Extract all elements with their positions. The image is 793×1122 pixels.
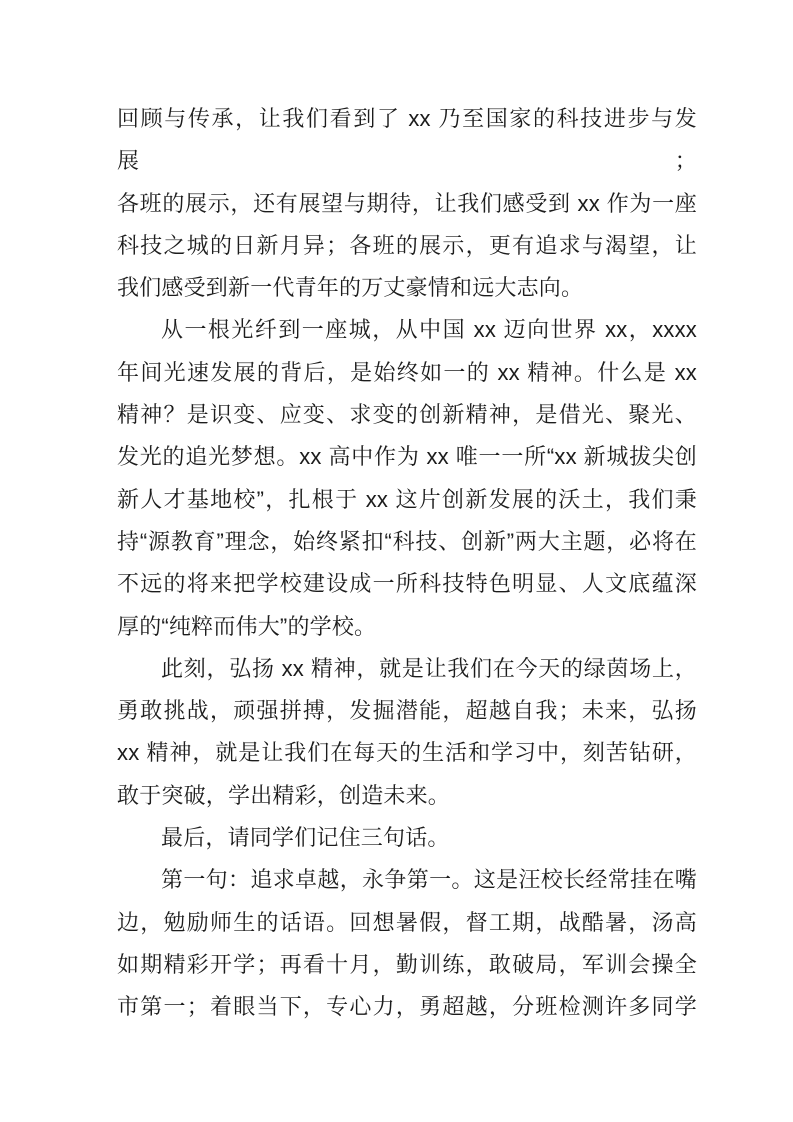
- text-line: 回顾与传承，让我们看到了 xx 乃至国家的科技进步与发展；: [117, 98, 697, 183]
- text-line: 科技之城的日新月异；各班的展示，更有追求与渴望，让: [117, 225, 697, 267]
- text-line: 如期精彩开学；再看十月，勤训练，敢破局，军训会操全: [117, 944, 697, 986]
- text-line: 此刻，弘扬 xx 精神，就是让我们在今天的绿茵场上，: [117, 648, 697, 690]
- paragraph-4: 最后，请同学们记住三句话。: [117, 817, 697, 859]
- text-line: 从一根光纤到一座城，从中国 xx 迈向世界 xx，xxxx: [117, 309, 697, 351]
- paragraph-5: 第一句：追求卓越，永争第一。这是汪校长经常挂在嘴 边，勉励师生的话语。回想暑假，…: [117, 859, 697, 1028]
- text-line: 持“源教育”理念，始终紧扣“科技、创新”两大主题，必将在: [117, 521, 697, 563]
- text-line: 发光的追光梦想。xx 高中作为 xx 唯一一所“xx 新城拔尖创: [117, 436, 697, 478]
- text-line: 厚的“纯粹而伟大”的学校。: [117, 606, 697, 648]
- text-line: 市第一；着眼当下，专心力，勇超越，分班检测许多同学: [117, 986, 697, 1028]
- paragraph-1: 回顾与传承，让我们看到了 xx 乃至国家的科技进步与发展； 各班的展示，还有展望…: [117, 98, 697, 309]
- text-line: 敢于突破，学出精彩，创造未来。: [117, 775, 697, 817]
- paragraph-2: 从一根光纤到一座城，从中国 xx 迈向世界 xx，xxxx 年间光速发展的背后，…: [117, 309, 697, 647]
- text-line: 各班的展示，还有展望与期待，让我们感受到 xx 作为一座: [117, 183, 697, 225]
- text-line: 精神？是识变、应变、求变的创新精神，是借光、聚光、: [117, 394, 697, 436]
- text-line: 最后，请同学们记住三句话。: [117, 817, 697, 859]
- text-line: 边，勉励师生的话语。回想暑假，督工期，战酷暑，汤高: [117, 902, 697, 944]
- document-page: 回顾与传承，让我们看到了 xx 乃至国家的科技进步与发展； 各班的展示，还有展望…: [0, 0, 793, 1122]
- text-line: 不远的将来把学校建设成一所科技特色明显、人文底蕴深: [117, 563, 697, 605]
- text-line: 勇敢挑战，顽强拼搏，发掘潜能，超越自我；未来，弘扬: [117, 690, 697, 732]
- paragraph-3: 此刻，弘扬 xx 精神，就是让我们在今天的绿茵场上， 勇敢挑战，顽强拼搏，发掘潜…: [117, 648, 697, 817]
- text-line: xx 精神，就是让我们在每天的生活和学习中，刻苦钻研，: [117, 732, 697, 774]
- text-line: 我们感受到新一代青年的万丈豪情和远大志向。: [117, 267, 697, 309]
- text-line: 第一句：追求卓越，永争第一。这是汪校长经常挂在嘴: [117, 859, 697, 901]
- text-line: 新人才基地校”，扎根于 xx 这片创新发展的沃土，我们秉: [117, 479, 697, 521]
- text-line: 年间光速发展的背后，是始终如一的 xx 精神。什么是 xx: [117, 352, 697, 394]
